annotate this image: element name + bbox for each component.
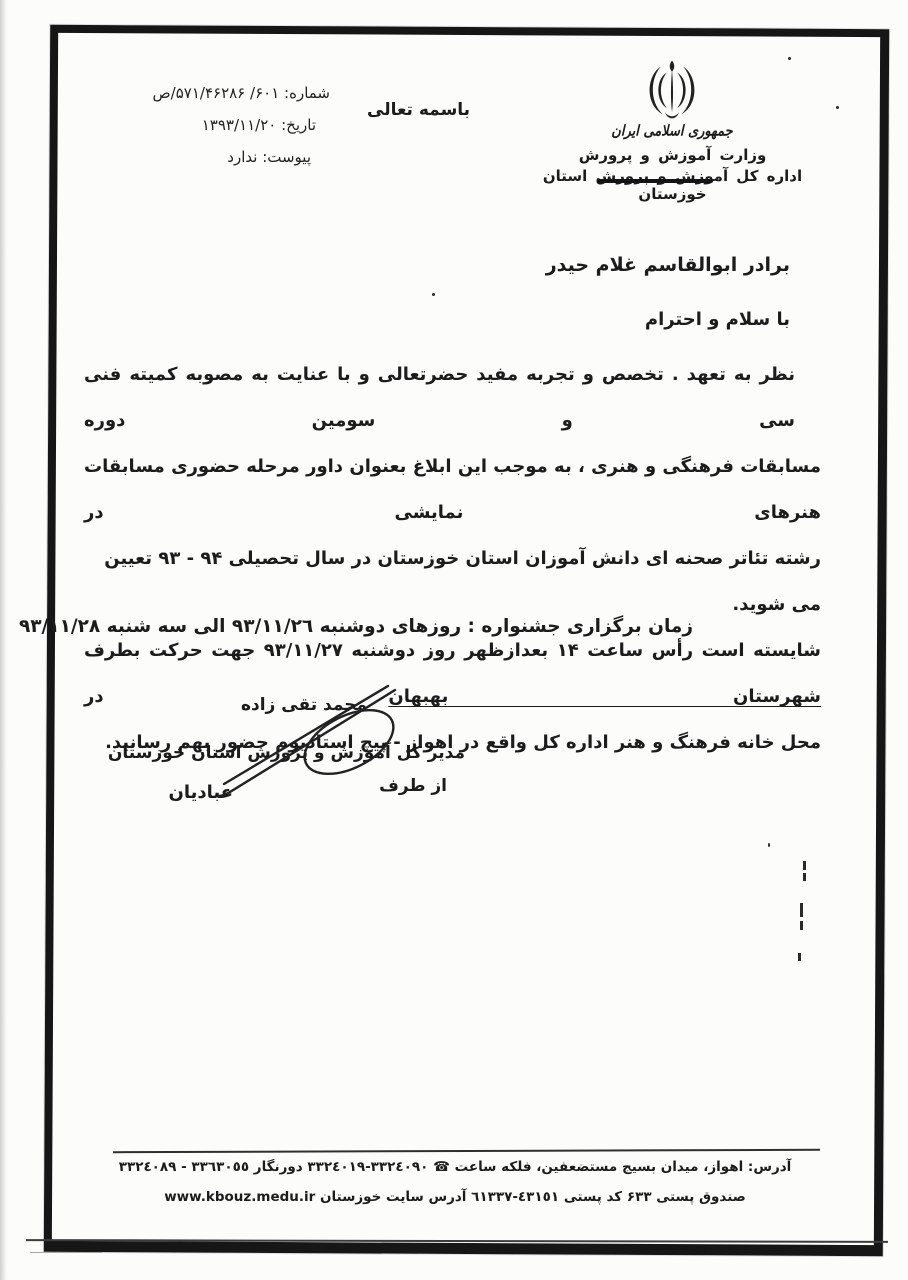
footer-address-text: آدرس: اهواز، میدان بسیج مستضعفین، فلکه س… bbox=[455, 1159, 792, 1175]
body-line-4-pre: شایسته است رأس ساعت ۱۴ بعدازظهر روز دوشن… bbox=[84, 640, 821, 661]
scan-mark bbox=[803, 873, 806, 881]
letter-attachment-label: پیوست: bbox=[262, 148, 311, 166]
letter-date-value: ۱۳۹۳/۱۱/۲۰ bbox=[202, 116, 277, 134]
scan-dot bbox=[432, 293, 435, 296]
festival-schedule-line: زمان برگزاری جشنواره : روزهای دوشنبه ۹۳/… bbox=[19, 616, 693, 637]
header-divider-rule bbox=[597, 179, 713, 183]
letter-body: نظر به تعهد . تخصص و تجربه مفید حضرتعالی… bbox=[84, 352, 821, 766]
scan-mark bbox=[803, 861, 806, 870]
handwritten-signature bbox=[212, 683, 407, 805]
letter-number-label: شماره: bbox=[284, 84, 330, 102]
phone-icon: ☎ bbox=[433, 1159, 450, 1175]
republic-calligraphy: جمهوری اسلامی ایران bbox=[597, 123, 747, 140]
department-title: اداره کل آموزش و پرورش استان خوزستان bbox=[520, 167, 825, 203]
scan-dot bbox=[788, 57, 791, 60]
scan-line-artifact-faint bbox=[30, 1252, 102, 1253]
scan-edge-artifact bbox=[0, 0, 7, 1280]
letter-number-row: شماره: ۶۰۱/ ۵۷۱/۴۶۲۸۶/ص bbox=[153, 84, 330, 102]
besmellah-heading: باسمه تعالی bbox=[367, 100, 470, 120]
scan-dot bbox=[768, 843, 770, 847]
body-line-2: مسابقات فرهنگی و هنری ، به موجب این ابلا… bbox=[84, 444, 821, 536]
scan-mark bbox=[800, 903, 803, 917]
letter-number-value: ۶۰۱/ ۵۷۱/۴۶۲۸۶/ص bbox=[153, 84, 280, 102]
letter-date-label: تاریخ: bbox=[281, 116, 316, 134]
letter-attachment-value: ندارد bbox=[227, 148, 257, 166]
footer-postal-line: صندوق پستی ۶۳۳ کد پستی ٤٣١٥١-٦١٣٣٧ آدرس … bbox=[90, 1189, 820, 1205]
scan-mark bbox=[798, 953, 801, 961]
body-line-3: رشته تئاتر صحنه ای دانش آموزان استان خوز… bbox=[84, 536, 821, 628]
ministry-title: وزارت آموزش و پرورش bbox=[545, 146, 800, 164]
scan-mark bbox=[800, 921, 803, 930]
scan-dot bbox=[836, 106, 839, 109]
letter-date-row: تاریخ: ۱۳۹۳/۱۱/۲۰ bbox=[202, 116, 316, 134]
salutation-line: با سلام و احترام bbox=[645, 309, 790, 330]
body-line-4-underlined-city: شهرستان بهبهان bbox=[388, 686, 821, 707]
footer-phone-numbers: ٣٣٢٤٠٩٠-٣٣٢٤٠١٩ دورنگار ٣٣٦٣٠٥٥ - ٣٣٢٤٠٨… bbox=[119, 1159, 429, 1175]
footer-address-line: آدرس: اهواز، میدان بسیج مستضعفین، فلکه س… bbox=[90, 1159, 820, 1175]
recipient-name: برادر ابوالقاسم غلام حیدر bbox=[546, 254, 790, 276]
iran-emblem-icon bbox=[646, 56, 698, 124]
letter-attachment-row: پیوست: ندارد bbox=[227, 148, 311, 166]
body-line-4: شایسته است رأس ساعت ۱۴ بعدازظهر روز دوشن… bbox=[84, 628, 821, 720]
scanned-letter-page: { "meta": { "number_label": "شماره:", "n… bbox=[0, 0, 908, 1280]
body-line-1: نظر به تعهد . تخصص و تجربه مفید حضرتعالی… bbox=[84, 352, 821, 444]
